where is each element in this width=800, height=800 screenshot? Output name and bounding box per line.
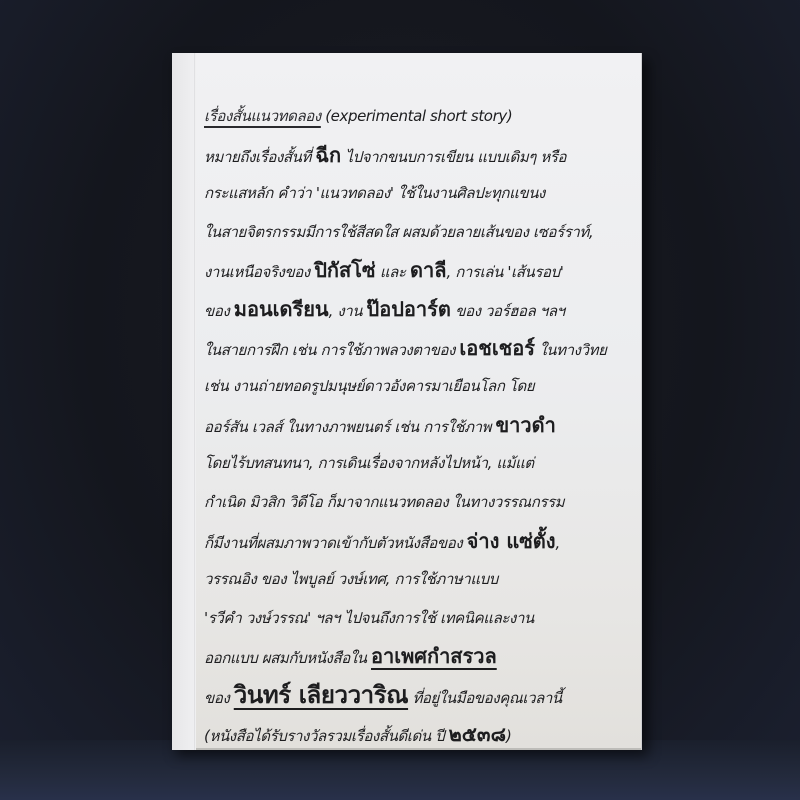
- blurb-segment: ของ: [204, 689, 234, 707]
- blurb-segment: ก็มีงานที่ผสมภาพวาดเข้ากับตัวหนังสือของ: [204, 534, 467, 552]
- book-back-cover: เรื่องสั้นแนวทดลอง (experimental short s…: [172, 53, 642, 750]
- blurb-segment: ที่อยู่ในมือของคุณเวลานี้: [408, 689, 562, 707]
- blurb-line: 'รวีคำ วงษ์วรรณ' ฯลฯ ไปจนถึงการใช้ เทคนิ…: [204, 599, 634, 638]
- blurb-line: ก็มีงานที่ผสมภาพวาดเข้ากับตัวหนังสือของ …: [204, 522, 634, 561]
- blurb-line: ออกแบบ ผสมกับหนังสือใน อาเพศกำสรวล: [204, 637, 634, 676]
- blurb-segment: 'รวีคำ วงษ์วรรณ' ฯลฯ ไปจนถึงการใช้ เทคนิ…: [204, 609, 534, 627]
- blurb-segment: ปิกัสโซ่: [314, 258, 375, 282]
- blurb-line: หมายถึงเรื่องสั้นที่ ฉีก ไปจากขนบการเขีย…: [204, 136, 634, 175]
- blurb-segment: งานเหนือจริงของ: [204, 263, 314, 281]
- blurb-line: โดยไร้บทสนทนา, การเดินเรื่องจากหลังไปหน้…: [204, 444, 634, 483]
- blurb-line: เช่น งานถ่ายทอดรูปมนุษย์ดาวอังคารมาเยือน…: [204, 367, 634, 406]
- blurb-segment: ในสายจิตรกรรมมีการใช้สีสดใส ผสมด้วยลายเส…: [204, 223, 593, 241]
- blurb-line: ในสายการฝึก เช่น การใช้ภาพลวงตาของ เอชเช…: [204, 329, 634, 368]
- blurb-segment: วินทร์ เลียววาริณ: [234, 681, 408, 709]
- blurb-segment: ของ: [204, 302, 234, 320]
- blurb-segment: (experimental short story): [321, 107, 512, 125]
- blurb-segment: เอชเชอร์: [459, 336, 535, 360]
- blurb-segment: ป๊อปอาร์ต: [367, 297, 451, 321]
- blurb-segment: จ่าง แซ่ตั้ง: [467, 529, 556, 553]
- blurb-segment: ในสายการฝึก เช่น การใช้ภาพลวงตาของ: [204, 341, 459, 359]
- blurb-segment: และ: [376, 263, 410, 281]
- blurb-segment: ในทางวิทย: [535, 341, 606, 359]
- blurb-line: ของ มอนเดรียน, งาน ป๊อปอาร์ต ของ วอร์ฮอล…: [204, 290, 634, 329]
- blurb-line: ในสายจิตรกรรมมีการใช้สีสดใส ผสมด้วยลายเส…: [204, 213, 634, 252]
- blurb-segment: กำเนิด มิวสิก วิดีโอ ก็มาจากแนวทดลอง ในท…: [204, 493, 564, 511]
- blurb-segment: วรรณอิง ของ ไพบูลย์ วงษ์เทศ, การใช้ภาษาแ…: [204, 570, 498, 588]
- blurb-line: ของ วินทร์ เลียววาริณ ที่อยู่ในมือของคุณ…: [204, 676, 634, 715]
- blurb-line: กระแสหลัก คำว่า 'แนวทดลอง' ใช้ในงานศิลปะ…: [204, 174, 634, 213]
- blurb-line: ออร์สัน เวลส์ ในทางภาพยนตร์ เช่น การใช้ภ…: [204, 406, 634, 445]
- blurb-segment: ฉีก: [315, 143, 341, 167]
- blurb-segment: ๒๕๓๘: [449, 722, 506, 746]
- blurb-segment: ออร์สัน เวลส์ ในทางภาพยนตร์ เช่น การใช้ภ…: [204, 418, 496, 436]
- blurb-segment: มอนเดรียน: [234, 297, 329, 321]
- blurb-line: กำเนิด มิวสิก วิดีโอ ก็มาจากแนวทดลอง ในท…: [204, 483, 634, 522]
- blurb-segment: โดยไร้บทสนทนา, การเดินเรื่องจากหลังไปหน้…: [204, 454, 534, 472]
- blurb-segment: หมายถึงเรื่องสั้นที่: [204, 148, 315, 166]
- blurb-line: งานเหนือจริงของ ปิกัสโซ่ และ ดาลี, การเล…: [204, 251, 634, 290]
- blurb-segment: ออกแบบ ผสมกับหนังสือใน: [204, 649, 371, 667]
- blurb-segment: ): [506, 727, 511, 745]
- blurb-segment: ,: [556, 534, 560, 552]
- blurb-line: เรื่องสั้นแนวทดลอง (experimental short s…: [204, 97, 634, 136]
- blurb-segment: (หนังสือได้รับรางวัลรวมเรื่องสั้นดีเด่น …: [204, 727, 449, 745]
- blurb-segment: ดาลี: [410, 258, 446, 282]
- book-spine-crease: [194, 53, 196, 750]
- blurb-segment: กระแสหลัก คำว่า 'แนวทดลอง' ใช้ในงานศิลปะ…: [204, 184, 545, 202]
- blurb-segment: ขาวดำ: [496, 413, 556, 437]
- blurb-segment: ไปจากขนบการเขียน แบบเดิมๆ หรือ: [341, 148, 566, 166]
- blurb-line: วรรณอิง ของ ไพบูลย์ วงษ์เทศ, การใช้ภาษาแ…: [204, 560, 634, 599]
- blurb-segment: เรื่องสั้นแนวทดลอง: [204, 107, 321, 125]
- blurb-segment: ของ วอร์ฮอล ฯลฯ: [451, 302, 565, 320]
- blurb-line: (หนังสือได้รับรางวัลรวมเรื่องสั้นดีเด่น …: [204, 715, 634, 751]
- blurb-segment: เช่น งานถ่ายทอดรูปมนุษย์ดาวอังคารมาเยือน…: [204, 377, 534, 395]
- blurb-segment: , การเล่น 'เส้นรอบ': [446, 263, 563, 281]
- blurb-segment: , งาน: [329, 302, 367, 320]
- handwritten-blurb: เรื่องสั้นแนวทดลอง (experimental short s…: [204, 97, 634, 750]
- book-spine-band: [172, 53, 194, 750]
- blurb-segment: อาเพศกำสรวล: [371, 644, 497, 668]
